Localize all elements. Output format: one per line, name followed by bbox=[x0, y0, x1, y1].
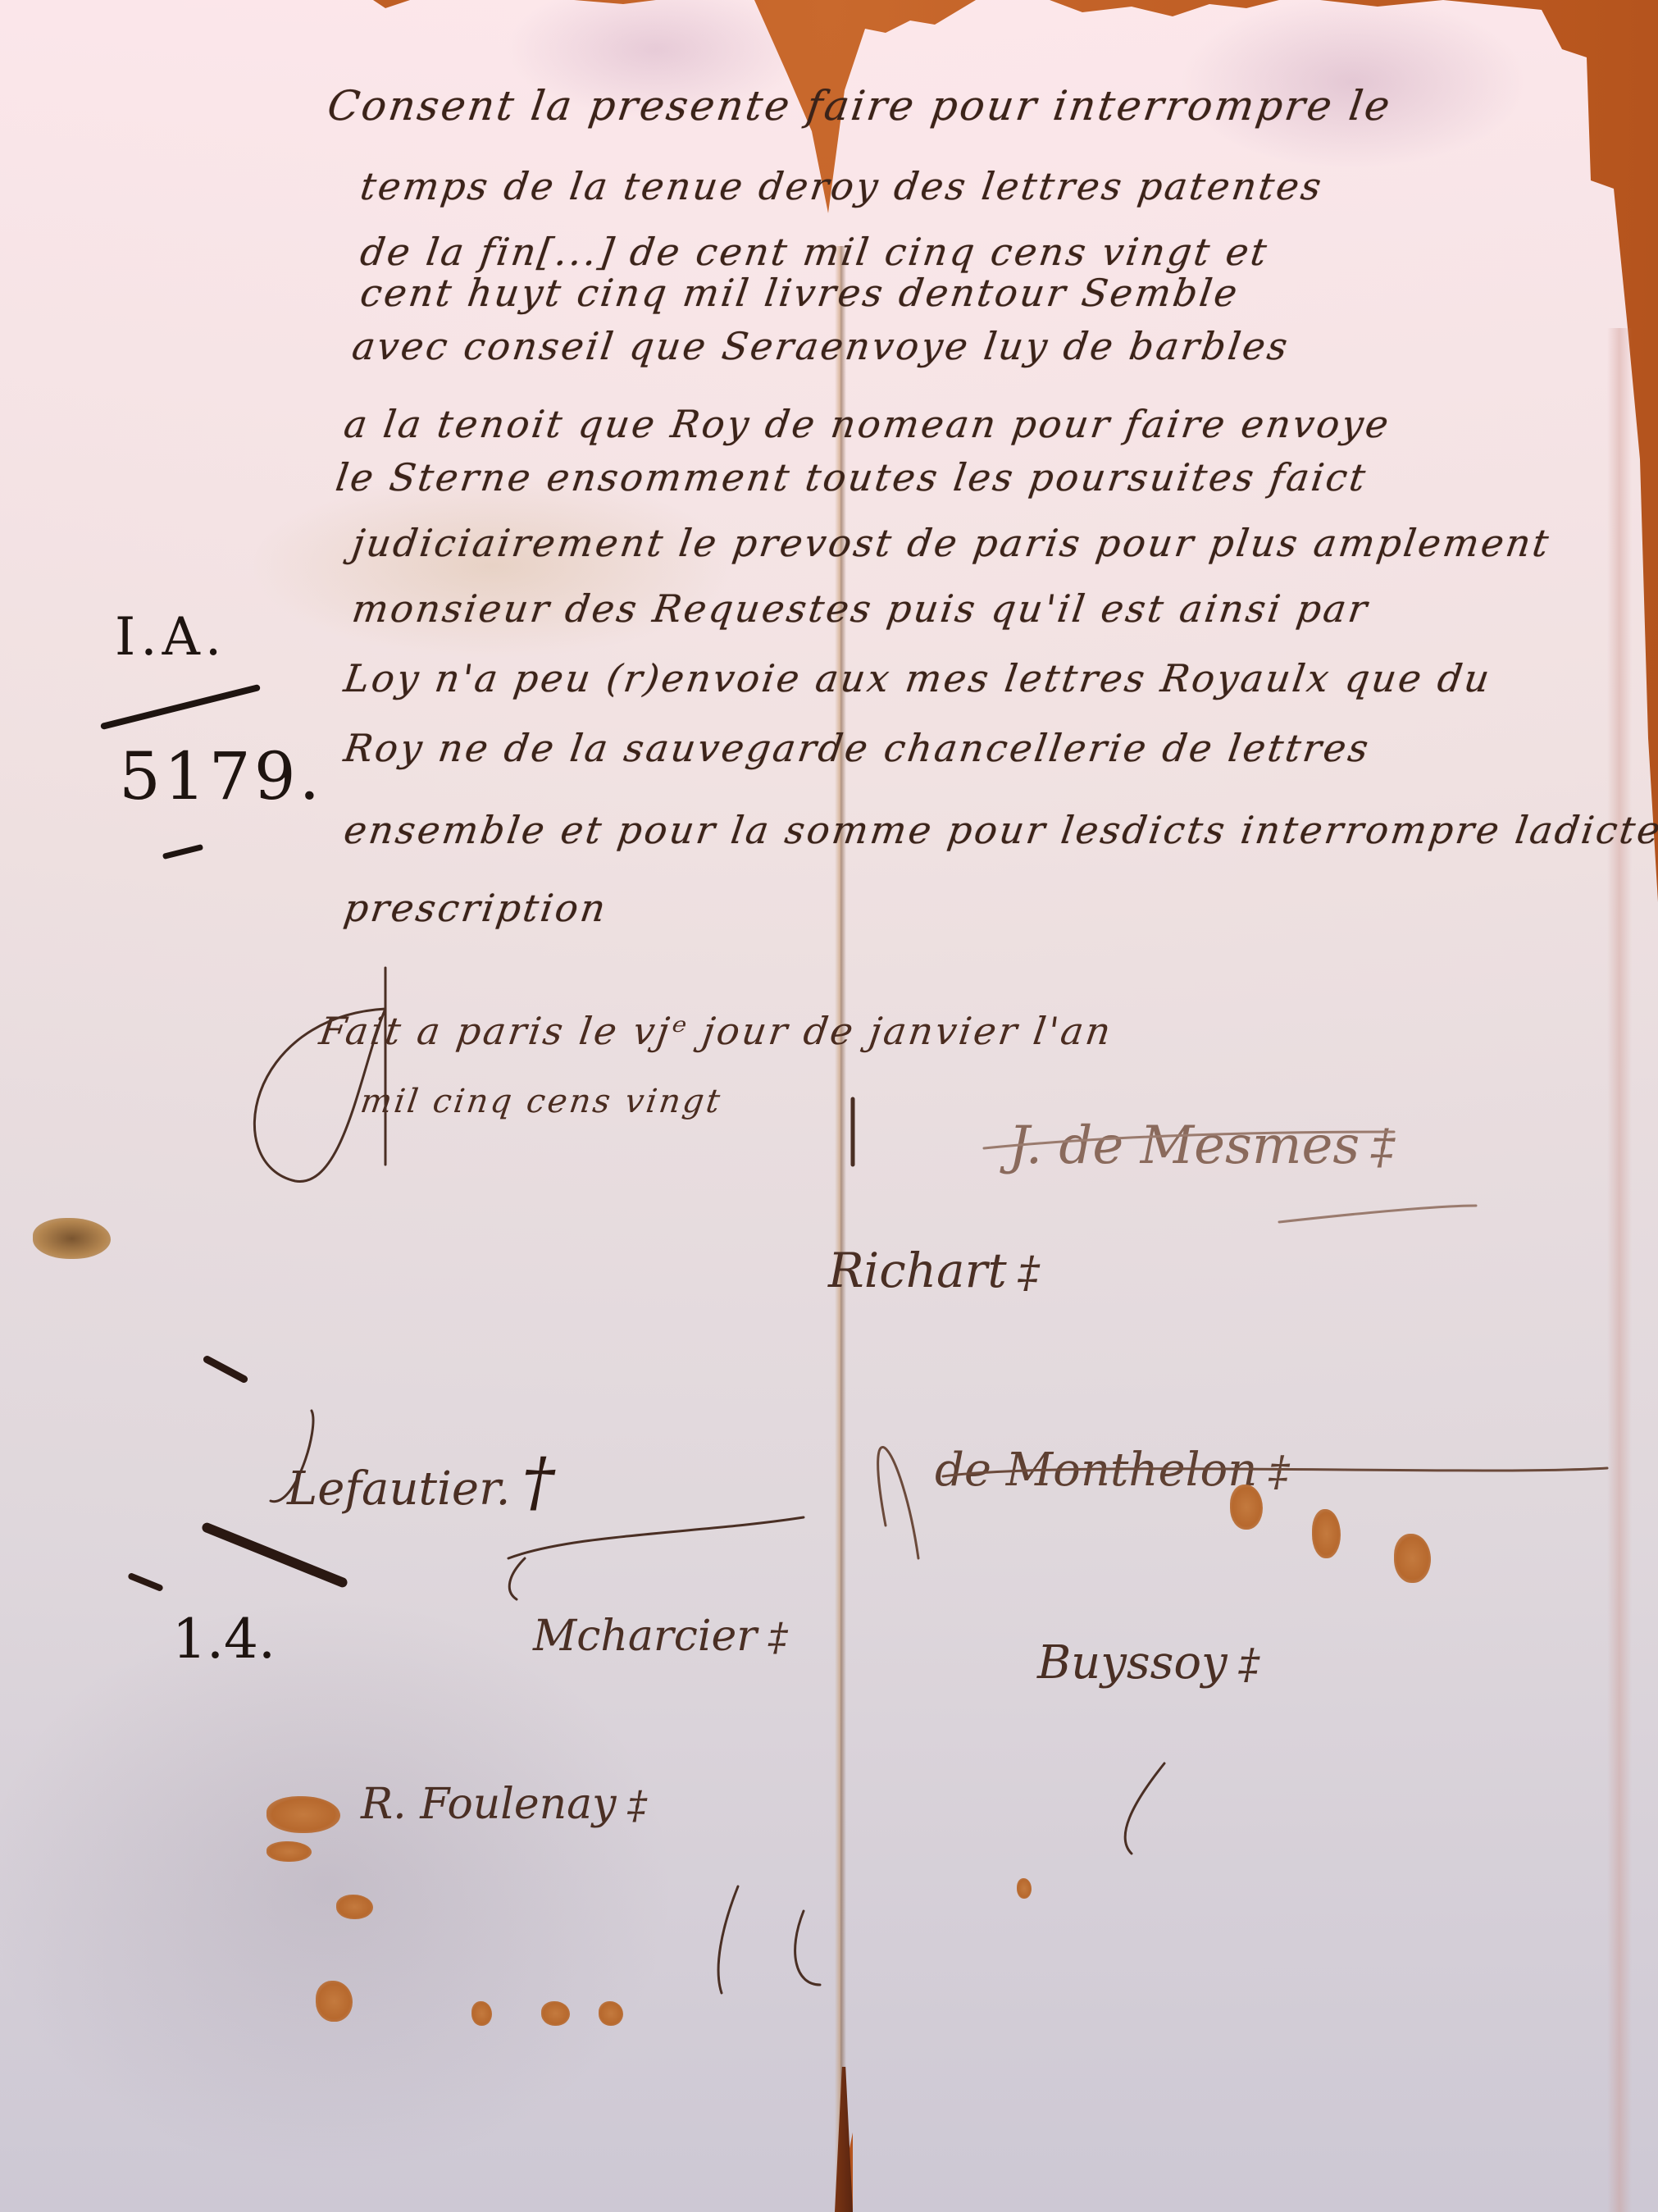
paraph-mark-icon: † bbox=[522, 1444, 554, 1520]
signature-name: R. Foulenay bbox=[361, 1780, 617, 1829]
paraph-mark-icon: ‡ bbox=[1371, 1120, 1395, 1174]
body-line: ensemble et pour la somme pour lesdicts … bbox=[341, 808, 1658, 852]
water-stain bbox=[1312, 1509, 1341, 1558]
signature-name: Buyssoy bbox=[1037, 1636, 1228, 1690]
water-stain bbox=[1017, 1878, 1032, 1899]
signature-foulenay: R. Foulenay‡ bbox=[361, 1780, 647, 1829]
paraph-mark-icon: ‡ bbox=[1269, 1447, 1289, 1495]
shelfmark-divider bbox=[100, 684, 261, 730]
signature-name: Mcharcier bbox=[533, 1612, 757, 1661]
shelfmark-series: I.A. bbox=[115, 607, 226, 668]
water-stain bbox=[541, 2001, 570, 2026]
water-stain bbox=[1394, 1534, 1431, 1583]
body-line: de la fin[...] de cent mil cinq cens vin… bbox=[358, 230, 1272, 274]
paraph-mark-icon: ‡ bbox=[1018, 1248, 1040, 1298]
body-line: le Sterne ensomment toutes les poursuite… bbox=[333, 455, 1370, 499]
left-margin-mark: 1.4. bbox=[172, 1608, 276, 1671]
body-line: cent huyt cinq mil livres dentour Semble bbox=[358, 271, 1242, 315]
body-line: a la tenoit que Roy de nomean pour faire… bbox=[341, 402, 1393, 446]
water-stain bbox=[266, 1841, 312, 1862]
signature-de-mesmes: J. de Mesmes‡ bbox=[1009, 1115, 1395, 1176]
shelfmark-underline bbox=[162, 844, 203, 860]
water-stain bbox=[471, 2001, 492, 2026]
signature-name: J. de Mesmes bbox=[1009, 1115, 1360, 1176]
signature-name: Lefautier. bbox=[287, 1462, 510, 1516]
signature-name: de Monthelon bbox=[935, 1444, 1257, 1497]
paraph-mark-icon: ‡ bbox=[1239, 1640, 1259, 1688]
water-stain bbox=[1230, 1485, 1263, 1530]
paraph-mark-icon: ‡ bbox=[628, 1784, 647, 1828]
body-line: monsieur des Requestes puis qu'il est ai… bbox=[349, 586, 1372, 631]
archival-shelfmark: I.A. 5179. bbox=[98, 607, 262, 869]
body-line: Consent la presente faire pour interromp… bbox=[325, 82, 1395, 130]
paraph-mark-icon: ‡ bbox=[768, 1616, 787, 1660]
body-line: judiciairement le prevost de paris pour … bbox=[349, 521, 1554, 565]
water-stain bbox=[316, 1981, 353, 2022]
body-line: Roy ne de la sauvegarde chancellerie de … bbox=[341, 726, 1373, 770]
date-line: Fait a paris le vjᵉ jour de janvier l'an bbox=[317, 1009, 1115, 1053]
right-edge-stain bbox=[1607, 328, 1632, 2212]
signature-name: Richart bbox=[828, 1243, 1007, 1298]
body-line: avec conseil que Seraenvoye luy de barbl… bbox=[349, 324, 1292, 368]
ink-stain bbox=[33, 1218, 111, 1259]
water-stain bbox=[336, 1895, 373, 1919]
shelfmark-number: 5179. bbox=[119, 738, 323, 814]
signature-buissoy: Buyssoy‡ bbox=[1037, 1636, 1259, 1690]
signature-richart: Richart‡ bbox=[828, 1243, 1040, 1298]
water-stain bbox=[599, 2001, 623, 2026]
signature-lefautier: Lefautier.† bbox=[287, 1444, 554, 1520]
body-line: prescription bbox=[341, 886, 610, 930]
body-line: Loy n'a peu (r)envoie aux mes lettres Ro… bbox=[341, 656, 1494, 700]
signature-marcier: Mcharcier‡ bbox=[533, 1612, 788, 1661]
body-line: temps de la tenue deroy des lettres pate… bbox=[358, 164, 1326, 208]
water-stain bbox=[266, 1796, 340, 1833]
date-line: mil cinq cens vingt bbox=[358, 1083, 725, 1120]
